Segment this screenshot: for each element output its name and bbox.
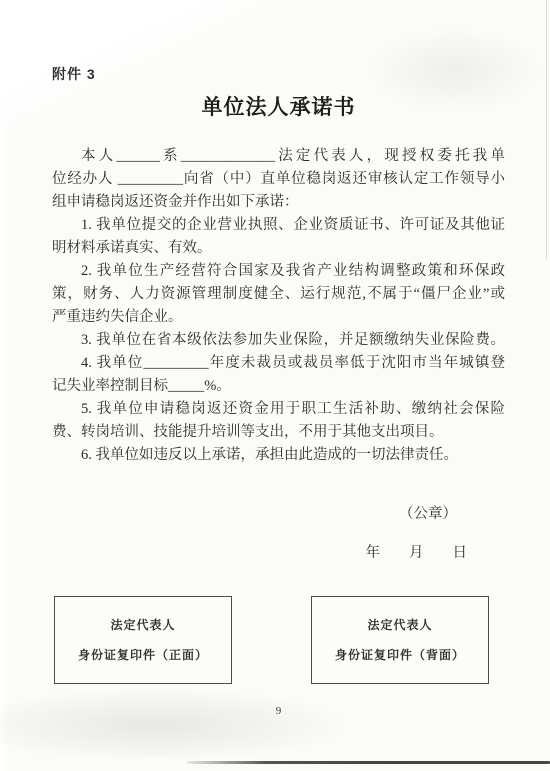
document-title: 单位法人承诺书 [52, 93, 505, 121]
body-line: 3. 我单位在省本级依法参加失业保险，并足额缴纳失业保险费。 [52, 329, 505, 352]
body-line: 位经办人 _________向省（中）直单位稳岗返还审核认定工作领导小 [52, 168, 505, 191]
date-line: 年 月 日 [52, 542, 505, 564]
scanned-page: { "colors": { "paper": "#fbfbf8", "ink":… [0, 0, 550, 771]
seal-note: （公章） [52, 503, 505, 525]
body-line: 6. 我单位如违反以上承诺，承担由此造成的一切法律责任。 [52, 444, 505, 467]
id-card-front-box: 法定代表人 身份证复印件（正面） [54, 596, 232, 684]
body-line: 4. 我单位_________年度未裁员或裁员率低于沈阳市当年城镇登 [52, 352, 505, 375]
document-body: 本人______系_____________法定代表人，现授权委托我单 位经办人… [52, 145, 505, 467]
id-card-back-box: 法定代表人 身份证复印件（背面） [311, 596, 489, 684]
attachment-label: 附件 3 [52, 64, 505, 84]
id-box-subtitle: 身份证复印件（正面） [55, 648, 231, 663]
body-line: 组申请稳岗返还资金并作出如下承诺： [52, 191, 505, 214]
id-box-title: 法定代表人 [55, 618, 231, 633]
id-box-title: 法定代表人 [312, 618, 488, 633]
body-line: 2. 我单位生产经营符合国家及我省产业结构调整政策和环保政 [52, 260, 505, 283]
body-line: 1. 我单位提交的企业营业执照、企业资质证书、许可证及其他证 [52, 214, 505, 237]
scan-edge-line [187, 761, 550, 764]
document: 附件 3 单位法人承诺书 本人______系_____________法定代表人… [0, 0, 550, 719]
body-line: 记失业率控制目标_____%。 [52, 375, 505, 398]
body-line: 5. 我单位申请稳岗返还资金用于职工生活补助、缴纳社会保险 [52, 398, 505, 421]
body-line: 策，财务、人力资源管理制度健全、运行规范,不属于“僵尸企业”或 [52, 283, 505, 306]
id-copy-boxes: 法定代表人 身份证复印件（正面） 法定代表人 身份证复印件（背面） [52, 596, 505, 684]
body-line: 明材料承诺真实、有效。 [52, 237, 505, 260]
body-line: 费、转岗培训、技能提升培训等支出，不用于其他支出项目。 [52, 421, 505, 444]
body-line: 严重违约失信企业。 [52, 306, 505, 329]
id-box-subtitle: 身份证复印件（背面） [312, 648, 488, 663]
page-number: 9 [52, 704, 505, 719]
body-line: 本人______系_____________法定代表人，现授权委托我单 [52, 145, 505, 168]
